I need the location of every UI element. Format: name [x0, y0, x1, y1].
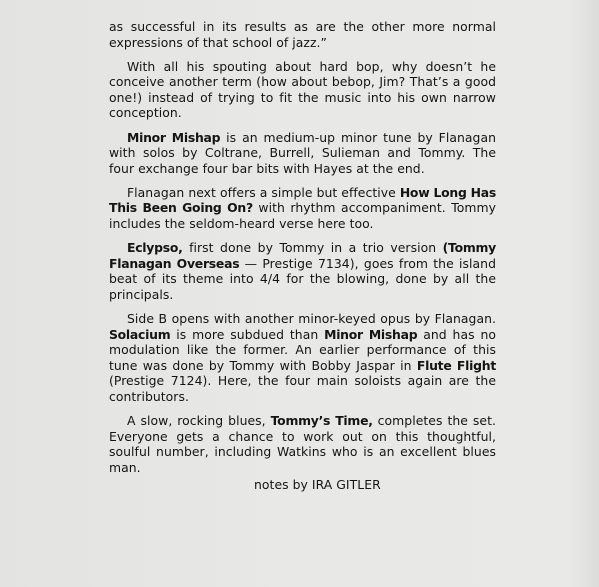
paragraph-eclypso: Eclypso, first done by Tommy in a trio v…	[109, 240, 496, 302]
paragraph-list: as successful in its results as are the …	[109, 19, 496, 475]
paragraph-hard-bop: With all his spouting about hard bop, wh…	[109, 59, 496, 121]
paragraph-tommys-time: A slow, rocking blues, Tommy’s Time, com…	[109, 413, 496, 475]
liner-notes-page: as successful in its results as are the …	[0, 0, 599, 587]
title-emphasis: Solacium	[109, 327, 170, 342]
paragraph-continuation: as successful in its results as are the …	[109, 19, 496, 50]
body-text: is more subdued than	[170, 327, 324, 342]
body-text: With all his spouting about hard bop, wh…	[109, 59, 496, 121]
body-text: (Prestige 7124). Here, the four main sol…	[109, 373, 496, 404]
paragraph-solacium: Side B opens with another minor-keyed op…	[109, 311, 496, 405]
author-credit: notes by IRA GITLER	[109, 477, 496, 493]
title-emphasis: Flute Flight	[417, 358, 496, 373]
body-text: as successful in its results as are the …	[109, 19, 496, 50]
body-text: A slow, rocking blues,	[127, 413, 271, 428]
title-emphasis: Eclypso,	[127, 240, 183, 255]
title-emphasis: Minor Mishap	[324, 327, 417, 342]
body-text: Side B opens with another minor-keyed op…	[127, 311, 496, 326]
body-text: Flanagan next offers a simple but effect…	[127, 185, 400, 200]
paragraph-minor-mishap: Minor Mishap is an medium-up minor tune …	[109, 130, 496, 177]
title-emphasis: Minor Mishap	[127, 130, 220, 145]
paragraph-how-long: Flanagan next offers a simple but effect…	[109, 185, 496, 232]
title-emphasis: Tommy’s Time,	[271, 413, 373, 428]
body-text: first done by Tommy in a trio version	[183, 240, 443, 255]
liner-notes-column: as successful in its results as are the …	[109, 19, 496, 493]
